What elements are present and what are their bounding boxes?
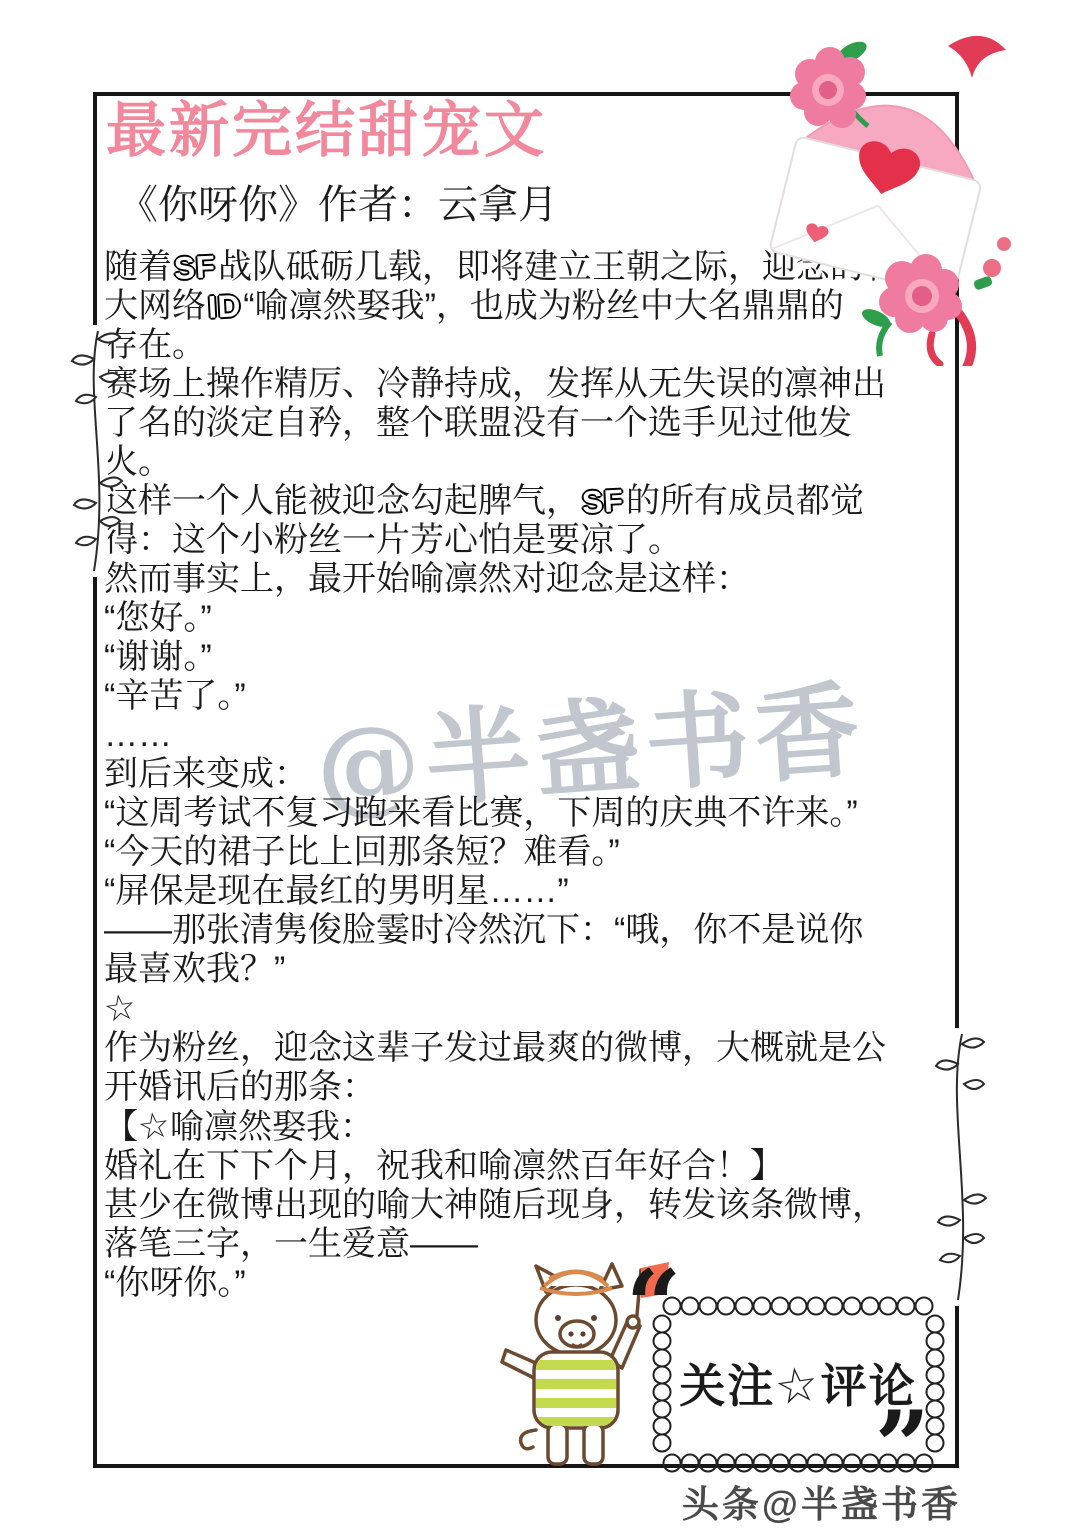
branch-doodle-right: [928, 1028, 992, 1306]
carnation-flower-icon: [790, 37, 870, 128]
text-line: “屏保是现在最红的男明星……”: [104, 872, 956, 911]
follow-comment-callout: “ 关注☆评论 ”: [648, 1292, 948, 1477]
text-line: 了名的淡定自矜，整个联盟没有一个选手见过他发: [104, 404, 956, 443]
sf-team-glyph: SF: [579, 481, 627, 522]
text-line: 得：这个小粉丝一片芳心怕是要凉了。: [104, 521, 956, 560]
text-line: 作为粉丝，迎念这辈子发过最爽的微博，大概就是公: [104, 1029, 956, 1068]
text-line: “辛苦了。”: [104, 677, 956, 716]
text-line: 最喜欢我？”: [104, 950, 956, 989]
open-quote-icon: “: [626, 1258, 681, 1354]
text-line: 开婚讯后的那条：: [104, 1068, 956, 1107]
text-line: 到后来变成：: [104, 755, 956, 794]
sf-team-glyph: SF: [171, 247, 219, 288]
star-icon: ☆: [135, 1105, 172, 1148]
text-line: “您好。”: [104, 599, 956, 638]
text-line: “谢谢。”: [104, 638, 956, 677]
text-line: 这样一个人能被迎念勾起脾气，SF的所有成员都觉: [104, 482, 956, 521]
id-glyph: ID: [205, 286, 244, 327]
branch-doodle-left: [68, 325, 126, 577]
book-title-author: 《你呀你》作者：云拿月: [118, 180, 558, 230]
text-line: 【☆喻凛然娶我：: [104, 1107, 956, 1147]
text-line: 然而事实上，最开始喻凛然对迎念是这样：: [104, 560, 956, 599]
star-icon: ☆: [101, 987, 138, 1030]
text-line: 婚礼在下下个月，祝我和喻凛然百年好合！】: [104, 1147, 956, 1186]
page-title: 最新完结甜宠文: [106, 98, 547, 164]
text-line: ——那张清隽俊脸霎时冷然沉下：“哦，你不是说你: [104, 911, 956, 950]
text-line: “今天的裙子比上回那条短？难看。”: [104, 833, 956, 872]
text-line: “这周考试不复习跑来看比赛，下周的庆典不许来。”: [104, 794, 956, 833]
text-line: ☆: [104, 989, 956, 1029]
text-line: ……: [104, 716, 956, 755]
text-line: 火。: [104, 443, 956, 482]
novel-summary-text: 随着SF战队砥砺几载，即将建立王朝之际，迎念的各大网络ID“喻凛然娶我”，也成为…: [104, 248, 956, 1303]
envelope-flowers-decoration: [752, 16, 1024, 366]
close-quote-icon: ”: [875, 1399, 930, 1495]
star-icon: ☆: [772, 1355, 825, 1417]
text-line: 甚少在微博出现的喻大神随后现身，转发该条微博，: [104, 1186, 956, 1225]
novel-recommendation-card: @半盏书香 最新完结甜宠文 《你呀你》作者：云拿月 随着SF战队砥砺几载，即将建…: [0, 0, 1079, 1537]
text-line: 赛场上操作精厉、冷静持成，发挥从无失误的凛神出: [104, 365, 956, 404]
